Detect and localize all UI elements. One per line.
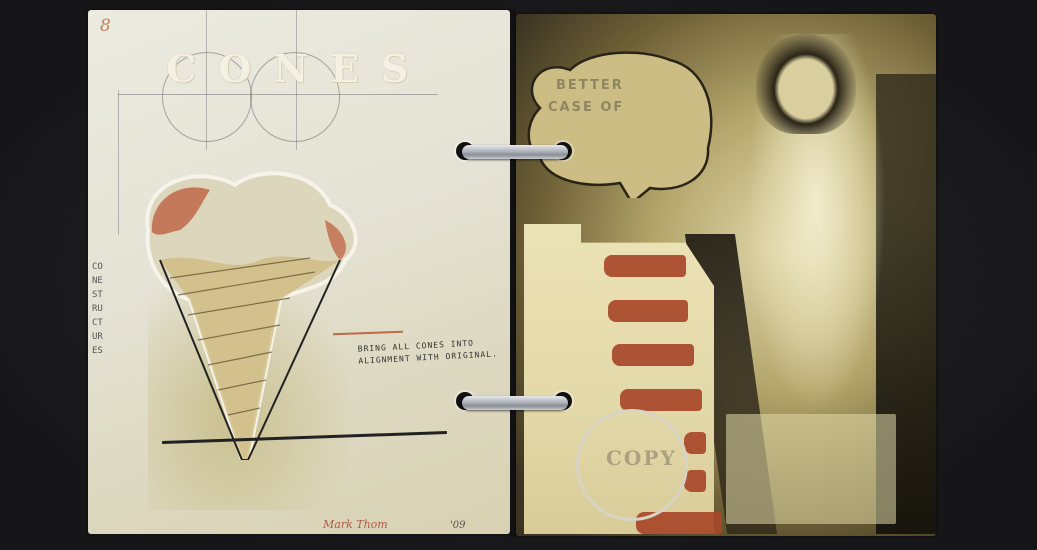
binder-ring-bottom — [462, 396, 568, 410]
guide-line-horizontal — [118, 94, 438, 95]
paper-collage-patch — [726, 414, 896, 524]
left-page: 8 CONES CONE STRUCTURES BRING ALL CONES … — [88, 10, 510, 534]
red-brush-mark — [620, 389, 702, 411]
red-brush-mark — [608, 300, 688, 322]
stamp-text: COPY — [606, 446, 677, 470]
bubble-text-line: BETTER — [556, 78, 624, 93]
red-brush-mark — [684, 432, 706, 454]
handwritten-note: BRING ALL CONES INTO ALIGNMENT WITH ORIG… — [357, 336, 498, 367]
page-title: CONES — [166, 46, 431, 91]
date-inscription: '09 — [450, 520, 465, 531]
bubble-text-line: CASE OF — [548, 100, 624, 115]
portrait-head — [756, 34, 856, 134]
red-brush-mark — [604, 255, 686, 277]
ice-cream-illustration — [140, 160, 368, 460]
speech-bubble-cutout — [520, 48, 716, 198]
binder-ring-top — [462, 145, 568, 159]
red-brush-mark — [612, 344, 694, 366]
height-arrow-line — [118, 90, 119, 235]
page-number: 8 — [100, 16, 111, 36]
artist-signature: Mark Thom — [323, 518, 388, 531]
side-annotation: CONE STRUCTURES — [92, 260, 104, 358]
right-page: BETTER CASE OF COPY — [516, 14, 936, 536]
